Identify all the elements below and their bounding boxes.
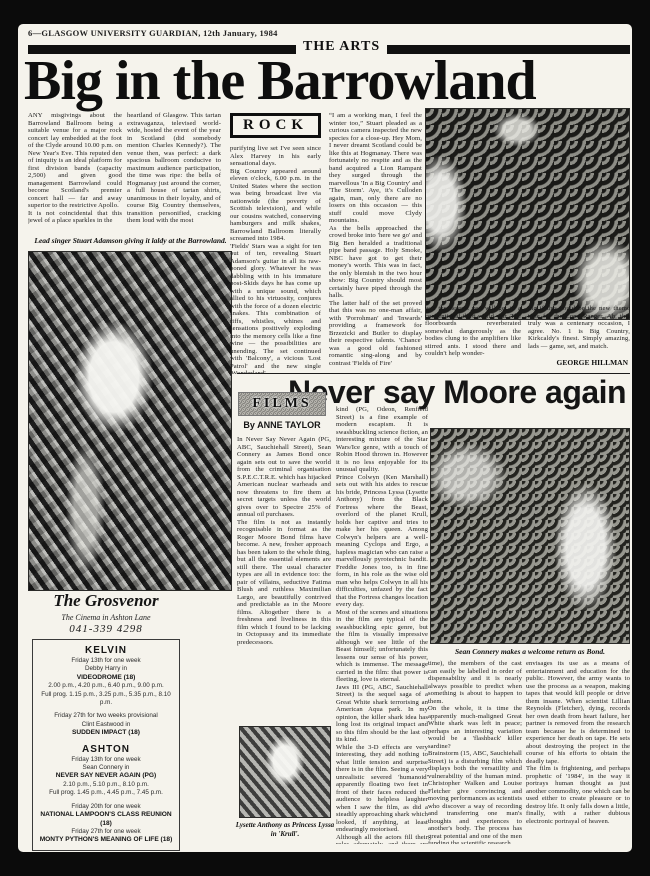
ashton-line-film-title: MONTY PYTHON'S MEANING OF LIFE (18)	[35, 836, 177, 844]
grosvenor-phone: 041-339 4298	[69, 623, 142, 635]
films-label: FILMS	[252, 397, 311, 411]
connery-photo-caption: Sean Connery makes a welcome return as B…	[430, 647, 630, 656]
kelvin-line: Clint Eastwood in	[35, 721, 177, 729]
ashton-line: Friday 20th for one week	[35, 803, 177, 811]
films-column-2: kind (PG, Odeon, Renfield Street) is a f…	[336, 406, 428, 844]
kelvin-line-film-title: VIDEODROME (18)	[35, 674, 177, 682]
ashton-line-film-title: NEVER SAY NEVER AGAIN (PG)	[35, 772, 177, 780]
kelvin-line-times: 2.00 p.m., 4.20 p.m., 6.40 p.m., 9.00 p.…	[35, 682, 177, 690]
adamson-photo-caption: Lead singer Stuart Adamson giving it lal…	[28, 236, 233, 245]
concert-photo	[425, 108, 630, 320]
rock-column-1: ANY misgivings about the Barrowland Ball…	[28, 112, 122, 234]
grosvenor-tagline: The Cinema in Ashton Lane	[61, 613, 150, 623]
kelvin-title: KELVIN	[35, 644, 177, 657]
films-headline: Never say Moore again	[288, 376, 630, 409]
rock-byline: GEORGE HILLMAN	[528, 358, 628, 367]
films-byline: By ANNE TAYLOR	[232, 420, 332, 431]
kelvin-line-film-title: SUDDEN IMPACT (18)	[35, 729, 177, 737]
newspaper-page: 6—GLASGOW UNIVERSITY GUARDIAN, 12th Janu…	[18, 24, 632, 852]
connery-photo	[430, 428, 630, 644]
rock-column-4: “I am a working man, I feel the winter t…	[329, 112, 422, 374]
kelvin-line: Debby Harry in	[35, 665, 177, 673]
ashton-line-times: Full prog. 1.45 p.m., 4.45 p.m., 7.45 p.…	[35, 789, 177, 797]
grosvenor-name: The Grosvenor	[53, 591, 158, 610]
ashton-line: Friday 13th for one week	[35, 756, 177, 764]
films-label-box: FILMS	[238, 392, 326, 416]
main-headline: Big in the Barrowland	[24, 52, 630, 110]
films-column-4: envisages its use as a means of entertai…	[526, 660, 630, 844]
scanned-newspaper-page: { "masthead": { "page_info": "6—GLASGOW …	[0, 0, 650, 876]
ashton-line: Sean Connery in	[35, 764, 177, 772]
rock-label: ROCK	[243, 118, 308, 133]
grosvenor-ad: The Grosvenor The Cinema in Ashton Lane …	[26, 588, 186, 848]
ashton-line: Friday 27th for one week	[35, 828, 177, 836]
films-column-1: In Never Say Never Again (PG, ABC, Sauch…	[237, 436, 331, 724]
kelvin-line: Friday 13th for one week	[35, 657, 177, 665]
kelvin-line: Friday 27th for two weeks provisional	[35, 712, 177, 720]
ashton-title: ASHTON	[35, 743, 177, 756]
ashton-line-times: 2.10 p.m., 5.10 p.m., 8.10 p.m.	[35, 781, 177, 789]
rock-column-3: purifying live set I've seen since Alex …	[230, 145, 321, 374]
rock-column-5: was the nearest you will get to a conven…	[425, 305, 521, 369]
films-column-3: time), the members of the cast can easil…	[428, 660, 522, 844]
adamson-photo	[28, 251, 232, 591]
krull-photo	[239, 726, 331, 818]
krull-photo-caption: Lysette Anthony as Princess Lyssa in 'Kr…	[235, 821, 335, 838]
rock-label-box: ROCK	[230, 113, 321, 138]
kelvin-line-times: Full prog. 1.15 p.m., 3.25 p.m., 5.35 p.…	[35, 691, 177, 708]
ashton-line-film-title: NATIONAL LAMPOON'S CLASS REUNION (18)	[35, 811, 177, 828]
rock-column-2: heartland of Glasgow. This tartan extrav…	[127, 112, 221, 234]
grosvenor-listings-box: KELVIN Friday 13th for one week Debby Ha…	[32, 639, 180, 851]
rock-column-6: ing if this could be the new theme tune …	[528, 305, 630, 357]
